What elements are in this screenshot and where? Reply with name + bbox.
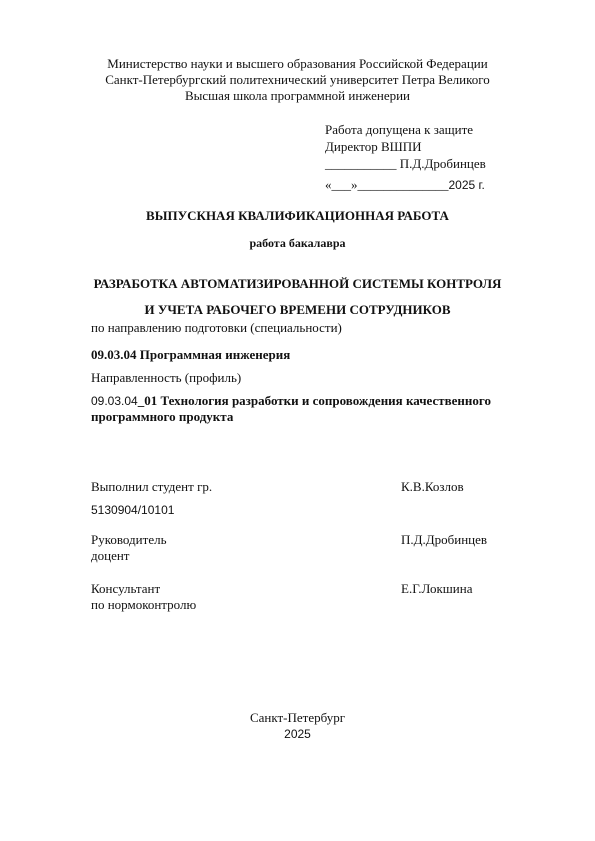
consultant-name: Е.Г.Локшина [401,581,473,597]
degree-subtitle: работа бакалавра [0,235,595,251]
director-name: П.Д.Дробинцев [400,156,486,171]
approval-block: Работа допущена к защите Директор ВШПИ _… [325,122,486,194]
consultant-area: по нормоконтролю [91,597,196,613]
work-type-title: ВЫПУСКНАЯ КВАЛИФИКАЦИОННАЯ РАБОТА [0,208,595,224]
profile-value-line-1: _01 Технология разработки и сопровождени… [138,393,491,408]
director-title: Директор ВШПИ [325,139,486,156]
approval-line: Работа допущена к защите [325,122,486,139]
profile-label: Направленность (профиль) [91,370,241,386]
approval-date-line: «___»______________2025 г. [325,177,486,194]
specialty-label: по направлению подготовки (специальности… [91,320,342,336]
student-name: К.В.Козлов [401,479,464,495]
consultant-role: Консультант [91,581,160,597]
date-day-blank: ___ [332,177,352,192]
ministry-line: Министерство науки и высшего образования… [0,56,595,72]
supervisor-role: Руководитель [91,532,167,548]
university-line: Санкт-Петербургский политехнический унив… [0,72,595,88]
signature-blank: ___________ [325,156,397,171]
footer-city: Санкт-Петербург [0,710,595,726]
institution-header: Министерство науки и высшего образования… [0,56,595,104]
school-line: Высшая школа программной инженерии [0,88,595,104]
profile-code: 09.03.04 [91,394,138,408]
student-role: Выполнил студент гр. [91,479,212,495]
footer-year: 2025 [0,726,595,742]
thesis-topic: РАЗРАБОТКА АВТОМАТИЗИРОВАННОЙ СИСТЕМЫ КО… [0,271,595,323]
supervisor-name: П.Д.Дробинцев [401,532,487,548]
topic-line-1: РАЗРАБОТКА АВТОМАТИЗИРОВАННОЙ СИСТЕМЫ КО… [0,271,595,297]
student-group: 5130904/10101 [91,502,174,518]
profile-value: 09.03.04_01 Технология разработки и сопр… [91,393,491,425]
specialty-value: 09.03.04 Программная инженерия [91,347,290,363]
profile-value-line-2: программного продукта [91,409,491,425]
date-month-blank: ______________ [358,177,449,192]
date-year: 2025 г. [449,178,485,192]
supervisor-position: доцент [91,548,129,564]
director-signature-line: ___________ П.Д.Дробинцев [325,156,486,173]
